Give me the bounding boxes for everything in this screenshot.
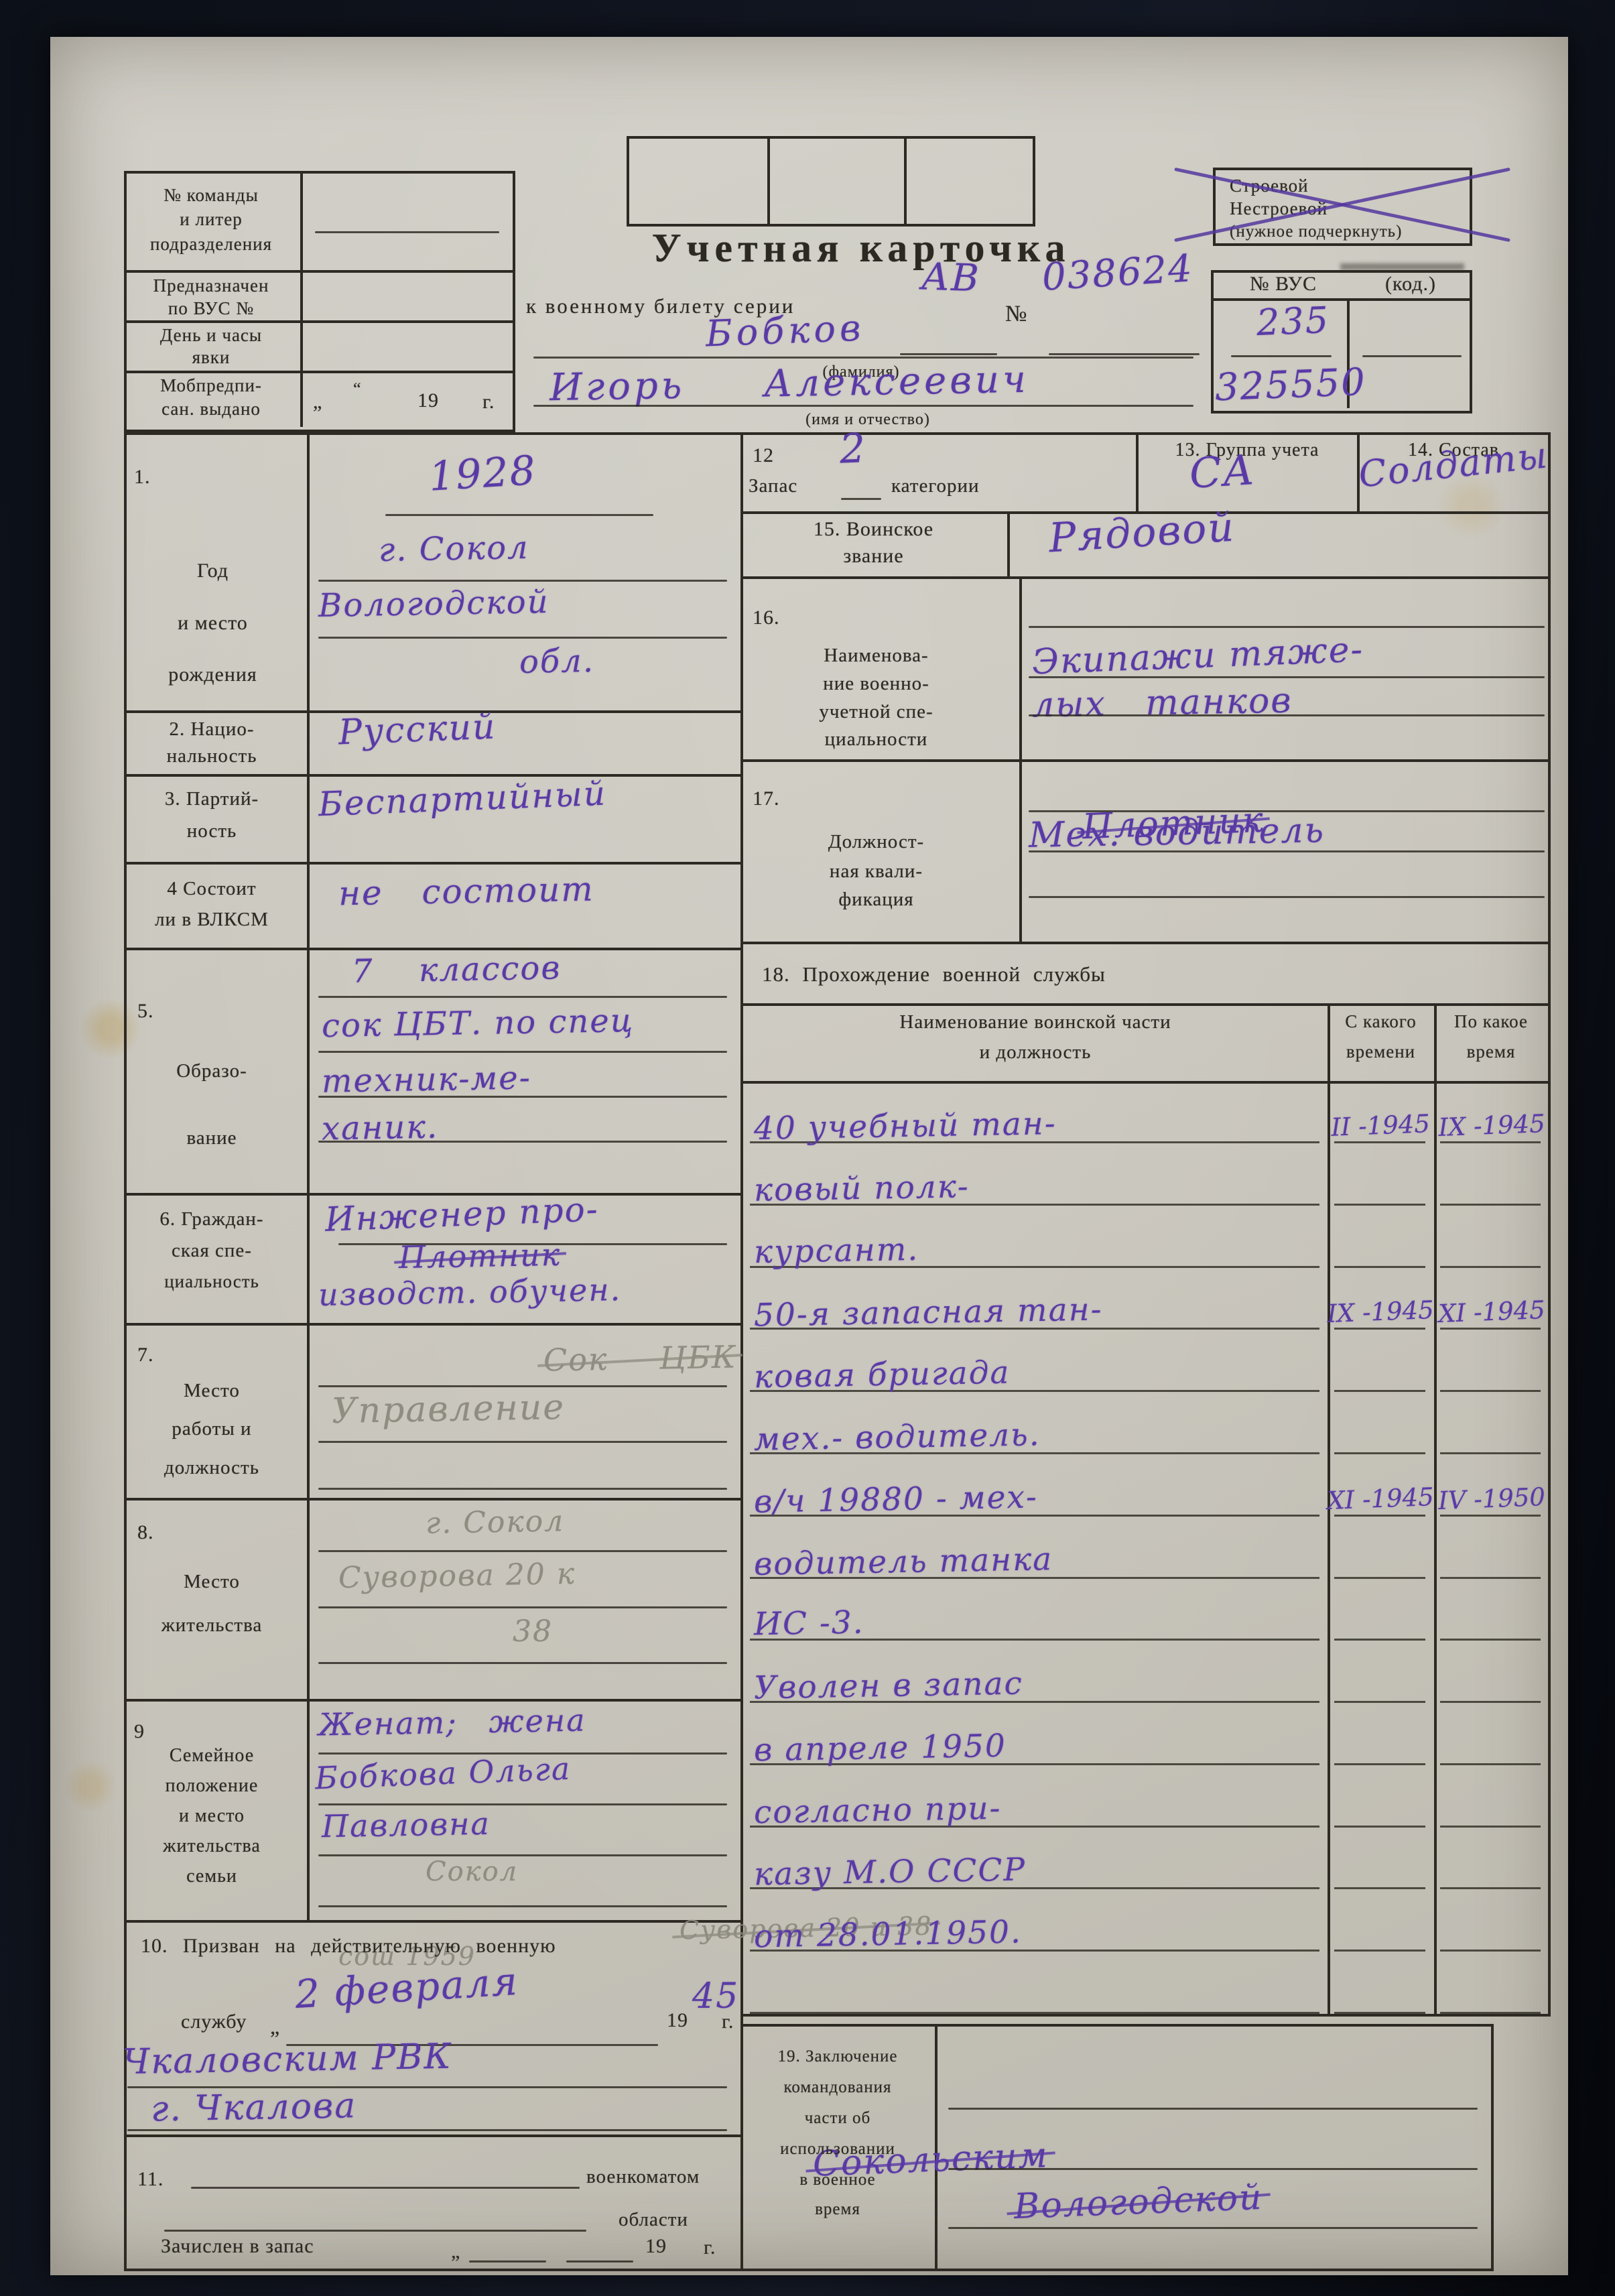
hw-unit: казу М.О СССР (754, 1854, 1027, 1890)
hw-birth-town: г. Сокол (379, 531, 529, 566)
hw-education-2: сок ЦБТ. по спец (322, 1005, 635, 1042)
s17-number: 17. (753, 787, 780, 810)
empty-index-box (627, 136, 1035, 227)
hw-unit: в апреле 1950 (754, 1730, 1007, 1767)
s9-label-2: положение (125, 1776, 298, 1797)
hw-unit: ИС -3. (754, 1607, 864, 1641)
s10-year-19: 19 (667, 2009, 688, 2031)
s7-label-3: должность (125, 1458, 298, 1479)
s9-number: 9 (134, 1720, 145, 1742)
border-line (1491, 2024, 1494, 2269)
s18-title: 18. Прохождение военной службы (762, 963, 1106, 986)
s1-label-2: и место (127, 612, 298, 634)
table-row: согласно при- (740, 1765, 1548, 1828)
mob-order-label2: сан. выдано (127, 399, 295, 420)
border-line (124, 1498, 740, 1501)
s3-label-1: 3. Партий- (125, 789, 298, 810)
ruled-line (469, 2260, 546, 2262)
s1-number: 1. (134, 466, 151, 488)
hw-unit: 50-я запасная тан- (754, 1293, 1103, 1331)
table-row: мех.- водитель. (740, 1392, 1548, 1454)
border-line (124, 862, 740, 865)
s11-voenkomat-label: военкоматом (586, 2167, 700, 2188)
hw-workplace-crossed: Сок ЦБК (543, 1341, 737, 1375)
ruled-line (1029, 896, 1545, 898)
ruled-line (127, 2129, 727, 2131)
table-row: в апреле 1950 (740, 1703, 1548, 1765)
quote-mark: „ (451, 2240, 460, 2262)
hw-birth-year: 1928 (428, 450, 537, 497)
table-row: 50-я запасная тан-IX -1945XI -1945 (740, 1267, 1548, 1330)
s7-label-2: работы и (125, 1419, 298, 1440)
team-number-label2: и литер (127, 210, 295, 230)
s1-label-3: рождения (127, 663, 298, 686)
ruled-line (1029, 626, 1545, 628)
s16-label-1: Наименова- (740, 645, 1012, 667)
vus-code-label: (код.) (1357, 273, 1464, 295)
hw-oblast-crossed: Вологодской (1013, 2180, 1263, 2224)
hw-education-4: ханик. (322, 1110, 439, 1145)
ruled-line (1362, 355, 1462, 357)
team-number-label3: подразделения (127, 235, 295, 255)
border-line (904, 136, 907, 227)
border-line (740, 942, 1551, 944)
table-row: 40 учебный тан-II -1945IX -1945 (740, 1081, 1548, 1143)
hw-birth-region2: обл. (519, 645, 595, 678)
s9-label-3: и место (125, 1806, 298, 1827)
ruled-line (318, 1905, 727, 1907)
s18-col1-header: Наименование воинской части (747, 1012, 1323, 1033)
hw-name-patronymic: Игорь Алексеевич (550, 361, 1030, 407)
border-line (1019, 576, 1022, 942)
ruled-line (948, 2168, 1478, 2170)
hw-family-town: Сокол (426, 1858, 518, 1885)
hw-unit: курсант. (754, 1234, 919, 1268)
hw-unit: ковая бригада (754, 1357, 1011, 1393)
border-line (124, 432, 1551, 435)
s16-number: 16. (753, 607, 780, 629)
s18-col1-header2: и должность (747, 1042, 1323, 1064)
underline-needed-label: (нужное подчеркнуть) (1230, 222, 1402, 241)
table-row: Уволен в запас (740, 1641, 1548, 1703)
border-line (1548, 432, 1551, 2014)
hw-unit: в/ч 19880 - мех- (754, 1481, 1039, 1517)
hw-vlksm-status: не состоит (338, 873, 594, 911)
ruled-line (318, 580, 727, 582)
number-sign: № (1005, 302, 1027, 326)
table-row: от 28.01.1950. (740, 1889, 1548, 1952)
hw-party-status: Беспартийный (318, 777, 607, 821)
border-line (124, 948, 740, 950)
s18-col2-header2: времени (1328, 1042, 1434, 1062)
s7-label-1: Место (125, 1381, 298, 1402)
ruled-line (318, 1441, 727, 1443)
s19-label-6: время (742, 2200, 933, 2219)
s18-col3-header: По какое (1434, 1012, 1548, 1032)
border-line (1136, 432, 1139, 511)
s8-number: 8. (137, 1521, 154, 1543)
ruled-line (1029, 850, 1545, 852)
report-time-label2: явки (127, 348, 295, 368)
registration-card-paper: № команды и литер подразделения Предназн… (50, 37, 1568, 2275)
s2-label-1: 2. Нацио- (125, 719, 298, 741)
table-row: ИС -3. (740, 1578, 1548, 1641)
s11-oblast-label: области (619, 2210, 688, 2231)
hw-civil-specialty-2: изводст. обучен. (318, 1274, 622, 1310)
hw-military-rank: Рядовой (1047, 507, 1236, 559)
hw-unit: ковый полк- (754, 1171, 970, 1206)
hw-residence-apt: 38 (513, 1617, 553, 1647)
ruled-line (948, 2227, 1478, 2229)
border-line (740, 576, 1551, 579)
s12-number: 12 (753, 444, 774, 466)
ruled-line (948, 2108, 1478, 2110)
s15-label-2: звание (745, 545, 1003, 567)
ruled-line (1231, 355, 1332, 357)
s10-word-sluzhbu: службу (181, 2011, 247, 2033)
table-row (740, 1952, 1548, 2014)
hw-draft-date: 2 февраля (294, 1962, 520, 2014)
hw-unit: 40 учебный тан- (754, 1108, 1057, 1145)
s9-label-4: жительства (125, 1836, 298, 1857)
s1-label-1: Год (127, 560, 298, 582)
table-row: в/ч 19880 - мех-XI -1945IV -1950 (740, 1454, 1548, 1517)
hw-residence-town: г. Сокол (426, 1507, 565, 1539)
s8-label-1: Место (125, 1572, 298, 1593)
quote-mark: “ (353, 380, 362, 399)
s19-label-5: в военное (742, 2171, 933, 2189)
vus-number-label: № ВУС (1223, 273, 1344, 295)
ruled-line (318, 1096, 727, 1098)
border-line (124, 1920, 740, 1923)
quote-mark: „ (313, 391, 322, 413)
border-line (307, 432, 310, 1920)
ruled-line (318, 1606, 727, 1608)
hw-account-group: СА (1188, 449, 1256, 495)
border-line (124, 371, 515, 373)
border-line (124, 2134, 740, 2137)
service-table: 40 учебный тан-II -1945IX -1945 ковый по… (740, 1081, 1548, 2014)
hw-series: АВ (921, 258, 980, 298)
hw-residence-street: Суворова 20 к (338, 1559, 576, 1593)
s10-year-g: г. (722, 2011, 734, 2033)
ruled-line (318, 1488, 727, 1490)
border-line (1007, 511, 1010, 576)
s17-label-1: Должност- (740, 832, 1012, 853)
ruled-line (841, 498, 881, 500)
team-number-label: № команды (127, 186, 295, 206)
s5-label-2: вание (125, 1128, 298, 1149)
s11-number: 11. (137, 2168, 164, 2190)
hw-unit: мех.- водитель. (754, 1419, 1041, 1455)
hw-vus-number2: 325550 (1214, 364, 1367, 407)
ruled-line (533, 357, 1193, 359)
hw-vus-specialty-2: лых танков (1032, 684, 1293, 723)
hw-ticket-number: 038624 (1041, 250, 1195, 297)
border-line (124, 774, 740, 777)
s3-label-2: ность (125, 821, 298, 842)
hw-draft-year: 45 (692, 1979, 739, 2014)
table-row: ковая бригада (740, 1330, 1548, 1392)
s19-label-4: использовании (742, 2140, 933, 2159)
ruled-line (1049, 353, 1200, 355)
hw-unit: Уволен в запас (754, 1667, 1024, 1704)
s18-col3-header2: время (1434, 1042, 1548, 1062)
report-time-label: День и часы (127, 326, 295, 346)
border-line (124, 1699, 740, 1702)
border-line (740, 2024, 1494, 2027)
hw-education-3: техник-ме- (322, 1062, 532, 1097)
s19-label-2: командования (742, 2078, 933, 2097)
ruled-line (318, 1385, 727, 1387)
ruled-line (318, 1051, 727, 1053)
hw-nationality: Русский (338, 710, 497, 751)
hw-birth-region: Вологодской (318, 586, 550, 622)
table-row: курсант. (740, 1206, 1548, 1268)
s17-label-3: фикация (740, 889, 1012, 911)
s16-label-3: учетной спе- (740, 702, 1012, 723)
s11-enlisted-label: Зачислен в запас (161, 2235, 314, 2257)
ruled-line (318, 1550, 727, 1552)
border-line (740, 1003, 1551, 1006)
s11-year-19: 19 (645, 2235, 667, 2257)
border-line (124, 1193, 740, 1196)
table-row: водитель танка (740, 1517, 1548, 1579)
table-row: ковый полк- (740, 1143, 1548, 1206)
hw-family-status: Женат; жена (318, 1705, 586, 1740)
year-19: 19 (417, 389, 439, 411)
ruled-line (318, 1854, 727, 1856)
s8-label-2: жительства (125, 1615, 298, 1637)
s6-label-3: циальность (125, 1272, 298, 1292)
hw-qualification: Мех. водитель (1029, 813, 1326, 853)
hw-workplace: Управление (332, 1390, 566, 1429)
border-line (124, 432, 127, 2271)
s12-category-label: категории (891, 476, 980, 497)
s5-number: 5. (137, 1000, 154, 1022)
table-row: казу М.О СССР (740, 1827, 1548, 1889)
s19-label-3: части об (742, 2109, 933, 2128)
hw-date-from: II -1945 (1320, 1111, 1440, 1141)
ruled-line (318, 996, 727, 998)
ruled-line (533, 405, 1193, 407)
border-line (1211, 298, 1472, 301)
name-caption: (имя и отчество) (734, 411, 1002, 428)
s18-col2-header: С какого (1328, 1012, 1434, 1032)
s19-label-1: 19. Заключение (742, 2047, 933, 2066)
ink-smudge (1340, 263, 1464, 270)
quote-mark: „ (270, 2015, 280, 2039)
ruled-line (385, 514, 653, 516)
s2-label-2: нальность (125, 746, 298, 767)
vus-assigned-label2: по ВУС № (127, 299, 295, 319)
hw-date-to: IX -1945 (1427, 1110, 1555, 1140)
year-g: г. (482, 391, 495, 413)
s4-label-1: 4 Состоит (125, 879, 298, 900)
hw-unit: согласно при- (754, 1793, 1002, 1828)
hw-date-from: XI -1945 (1320, 1484, 1440, 1514)
hw-date-to: IV -1950 (1427, 1484, 1555, 1513)
s12-zapas-label: Запас (749, 476, 797, 497)
s16-label-2: ние военно- (740, 674, 1012, 695)
s5-label-1: Образо- (125, 1061, 298, 1082)
s4-label-2: ли в ВЛКСМ (125, 909, 298, 931)
ruled-line (191, 2187, 580, 2189)
ruled-line (1029, 676, 1545, 678)
s6-label-2: ская спе- (125, 1240, 298, 1262)
border-line (740, 759, 1551, 762)
hw-unit: от 28.01.1950. (754, 1917, 1023, 1953)
ruled-line (566, 2260, 633, 2262)
border-line (124, 320, 515, 323)
ruled-line (318, 1141, 727, 1143)
s7-number: 7. (137, 1344, 154, 1366)
ruled-line (900, 353, 997, 355)
s10-text-1: 10. Призван на действительную военную (141, 1935, 556, 1957)
hw-vus-number: 235 (1256, 302, 1330, 341)
s6-label-1: 6. Граждан- (125, 1209, 298, 1230)
border-line (124, 1323, 740, 1326)
hw-education-1: 7 классов (352, 952, 562, 987)
s11-year-g: г. (704, 2236, 716, 2258)
ruled-line (318, 637, 727, 639)
mob-order-label: Мобпредпи- (127, 376, 295, 396)
border-line (124, 270, 515, 273)
hw-wife-patronymic: Павловна (322, 1808, 491, 1842)
s17-label-2: ная квали- (740, 861, 1012, 883)
ruled-line (164, 2230, 586, 2232)
ruled-line (1029, 714, 1545, 716)
hw-draft-city: г. Чкалова (151, 2088, 357, 2126)
hw-surname: Бобков (705, 310, 865, 352)
hw-reserve-category: 2 (839, 428, 867, 469)
hw-civil-specialty-1: Инженер про- (324, 1192, 599, 1236)
vus-assigned-label: Предназначен (125, 276, 297, 296)
s9-label-5: семьи (125, 1866, 298, 1887)
s15-label-1: 15. Воинское (745, 518, 1003, 540)
s16-label-4: циальности (740, 729, 1012, 751)
hw-date-to: XI -1945 (1427, 1297, 1555, 1326)
hw-vus-specialty-1: Экипажи тяже- (1031, 633, 1364, 680)
hw-wife-name: Бобкова Ольга (314, 1753, 572, 1794)
ruled-line (318, 1662, 727, 1664)
ruled-line (318, 1803, 727, 1805)
border-line (767, 136, 770, 227)
s9-label-1: Семейное (125, 1746, 298, 1767)
border-line (300, 171, 303, 427)
border-line (740, 2014, 1551, 2017)
border-line (124, 2269, 1494, 2271)
photo-stage: № команды и литер подразделения Предназн… (0, 0, 1615, 2296)
hw-civil-specialty-crossed: Плотник (399, 1239, 562, 1273)
hw-unit: водитель танка (754, 1543, 1053, 1580)
hw-draft-rvk: Чкаловским РВК (123, 2039, 453, 2080)
hw-date-from: IX -1945 (1320, 1297, 1440, 1327)
